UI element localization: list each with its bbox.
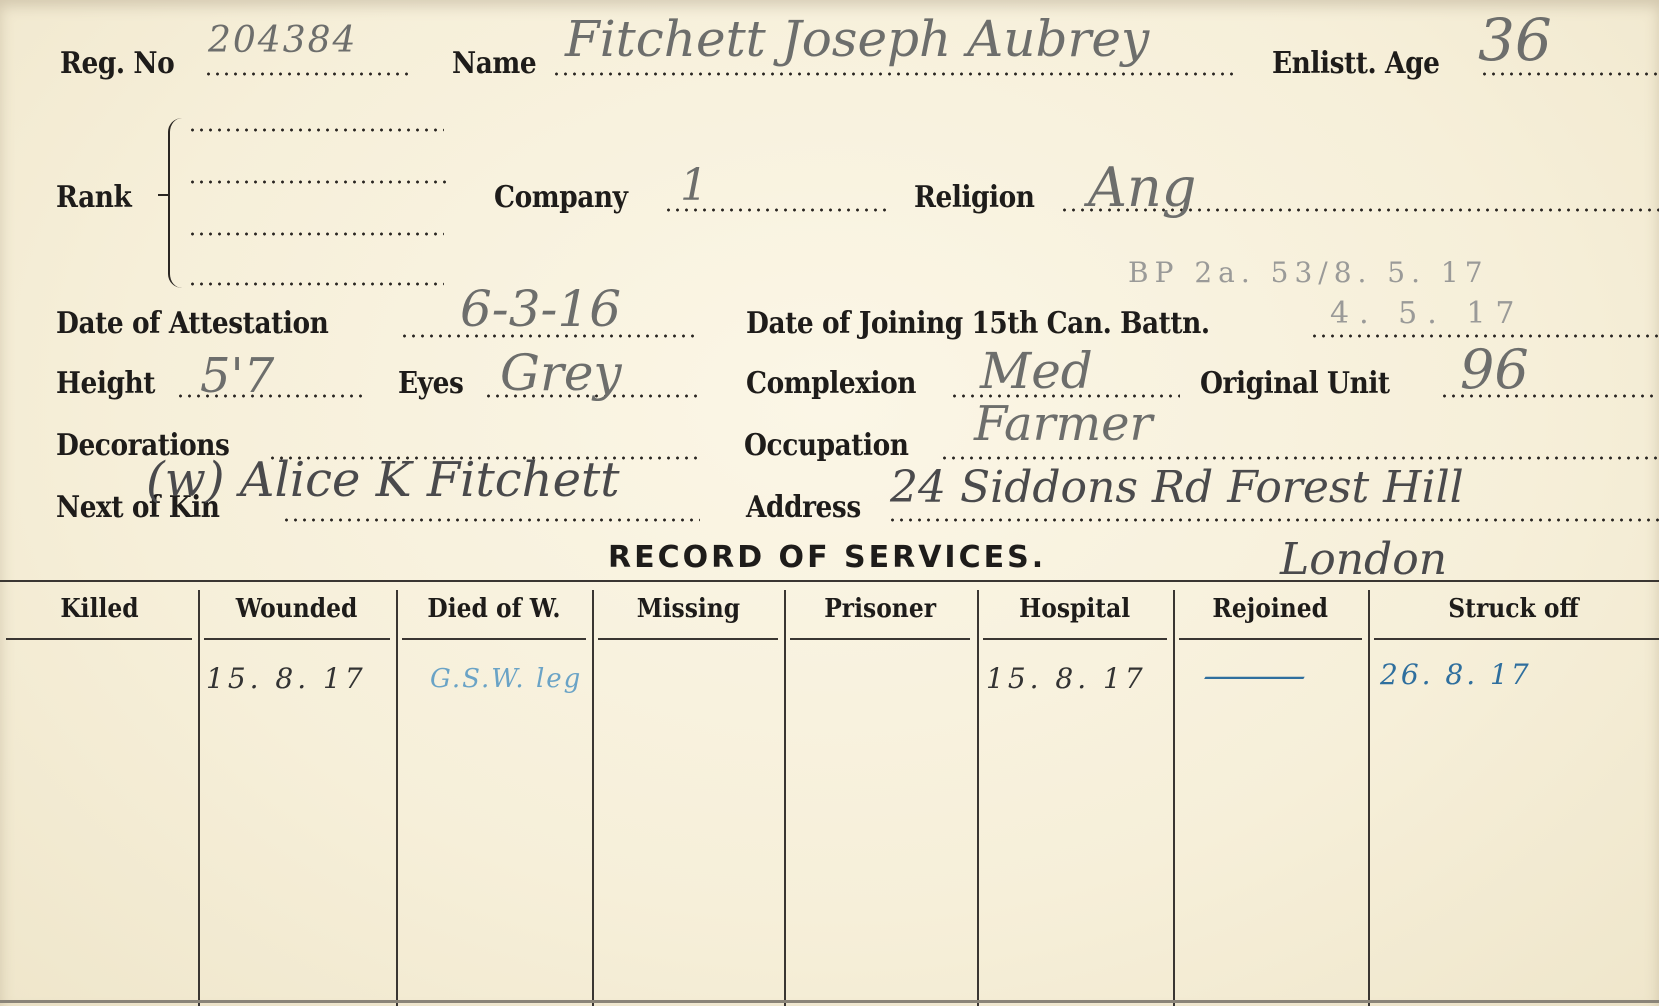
column-header-killed: Killed (0, 590, 198, 636)
occupation-value: Farmer (974, 396, 1152, 452)
height-value: 5'7 (200, 348, 274, 404)
rank-line-1 (188, 128, 444, 132)
column-divider (784, 590, 786, 1006)
cell-hospital: 15. 8. 17 (986, 662, 1147, 695)
company-value: 1 (680, 160, 708, 211)
column-header-rejoined: Rejoined (1173, 590, 1368, 636)
column-divider (396, 590, 398, 1006)
rank-line-2 (188, 180, 452, 184)
header-underline (790, 638, 970, 640)
column-divider (592, 590, 594, 1006)
cell-died-of-wounds: G.S.W. leg (430, 664, 582, 694)
cell-struck-off: 26. 8. 17 (1380, 658, 1532, 691)
header-underline (598, 638, 778, 640)
column-divider (1173, 590, 1175, 1006)
label-date-of-attestation: Date of Attestation (56, 306, 328, 341)
date-of-joining-value: 4. 5. 17 (1330, 296, 1525, 331)
column-divider (198, 590, 200, 1006)
annotation-bp: BP 2a. 53/8. 5. 17 (1128, 256, 1489, 289)
column-divider (977, 590, 979, 1006)
header-underline (6, 638, 192, 640)
label-original-unit: Original Unit (1200, 366, 1390, 401)
label-height: Height (56, 366, 155, 401)
column-header-died-of-wounds: Died of W. (396, 590, 592, 636)
column-header-hospital: Hospital (977, 590, 1173, 636)
label-address: Address (746, 490, 861, 525)
column-header-struck-off: Struck off (1368, 590, 1659, 636)
address-line-2: London (1280, 534, 1447, 585)
next-of-kin-value: (w) Alice K Fitchett (146, 452, 620, 508)
service-record-card: Reg. No 204384 Name Fitchett Joseph Aubr… (0, 0, 1659, 1006)
rank-line-4 (188, 282, 444, 286)
table-top-rule (0, 580, 1659, 582)
column-header-wounded: Wounded (198, 590, 396, 636)
rank-line-3 (188, 232, 444, 236)
occupation-dotted-line (940, 456, 1659, 460)
label-name: Name (452, 46, 536, 81)
address-line-1: 24 Siddons Rd Forest Hill (890, 462, 1464, 513)
enlist-age-value: 36 (1478, 6, 1552, 74)
label-religion: Religion (914, 180, 1035, 215)
eyes-value: Grey (500, 344, 622, 402)
column-header-missing: Missing (592, 590, 784, 636)
name-dotted-line (552, 72, 1238, 76)
header-underline (1374, 638, 1659, 640)
reg-no-value: 204384 (208, 20, 357, 61)
label-eyes: Eyes (398, 366, 463, 401)
column-divider (1368, 590, 1370, 1006)
rank-brace (168, 118, 184, 288)
rank-brace-tip (158, 194, 170, 196)
date-of-attestation-value: 6-3-16 (460, 280, 621, 338)
label-occupation: Occupation (744, 428, 909, 463)
cell-rejoined: — (1200, 656, 1309, 696)
religion-value: Ang (1088, 156, 1196, 219)
header-underline (204, 638, 390, 640)
address-dotted-line (888, 518, 1659, 522)
card-bottom-edge (0, 1000, 1659, 1003)
label-reg-no: Reg. No (60, 46, 174, 81)
label-date-of-joining: Date of Joining 15th Can. Battn. (746, 306, 1210, 341)
complexion-value: Med (980, 342, 1093, 400)
header-underline (983, 638, 1167, 640)
record-of-services-title: RECORD OF SERVICES. (608, 540, 1046, 575)
label-company: Company (494, 180, 628, 215)
next-of-kin-dotted-line (282, 518, 700, 522)
label-enlist-age: Enlistt. Age (1272, 46, 1439, 81)
column-header-prisoner: Prisoner (784, 590, 977, 636)
cell-wounded: 15. 8. 17 (206, 662, 367, 695)
header-underline (1179, 638, 1362, 640)
name-value: Fitchett Joseph Aubrey (565, 10, 1149, 68)
reg-no-dotted-line (204, 72, 410, 76)
label-complexion: Complexion (746, 366, 916, 401)
header-underline (402, 638, 586, 640)
label-rank: Rank (56, 180, 131, 215)
original-unit-value: 96 (1460, 338, 1529, 401)
